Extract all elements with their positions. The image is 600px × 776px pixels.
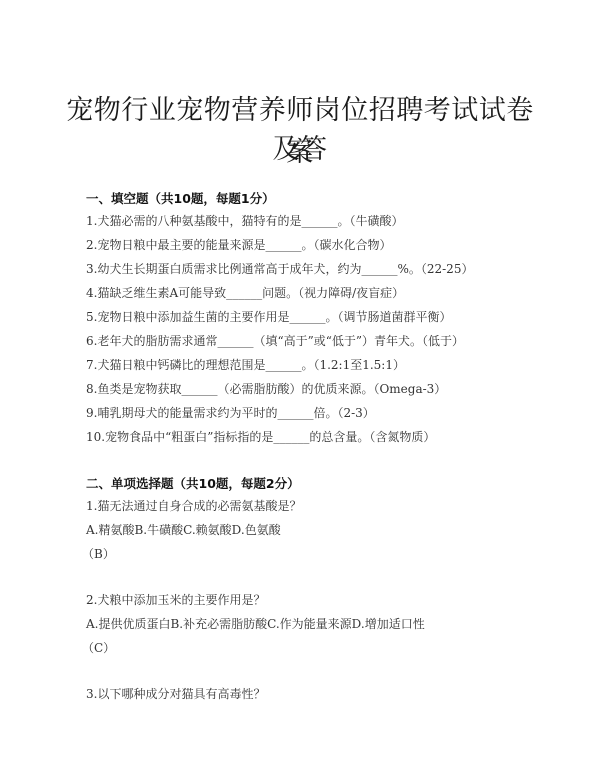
fill-blank-item: 1.犬猫必需的八种氨基酸中，猫特有的是______。（牛磺酸） (86, 212, 403, 229)
fill-blank-item: 10.宠物食品中“粗蛋白”指标指的是______的总含量。（含氮物质） (86, 428, 435, 445)
question-1: 1.猫无法通过自身合成的必需氨基酸是？ (86, 497, 301, 514)
fill-blank-item: 5.宠物日粮中添加益生菌的主要作用是______。（调节肠道菌群平衡） (86, 308, 451, 325)
fill-blank-item: 6.老年犬的脂肪需求通常______（填“高于”或“低于”）青年犬。（低于） (86, 332, 464, 349)
fill-blank-item: 4.猫缺乏维生素A可能导致______问题。（视力障碍/夜盲症） (86, 284, 404, 301)
question-1-answer: （B） (82, 545, 115, 562)
fill-blank-item: 3.幼犬生长期蛋白质需求比例通常高于成年犬，约为______%。（22-25） (86, 260, 473, 277)
fill-blank-item: 9.哺乳期母犬的能量需求约为平时的______倍。（2-3） (86, 404, 375, 421)
fill-blank-item: 2.宠物日粮中最主要的能量来源是______。（碳水化合物） (86, 236, 391, 253)
question-2-answer: （C） (82, 639, 115, 656)
question-2-options: A.提供优质蛋白B.补充必需脂肪酸C.作为能量来源D.增加适口性 (86, 615, 425, 632)
fill-blank-item: 7.犬猫日粮中钙磷比的理想范围是______。（1.2:1至1.5:1） (86, 356, 405, 373)
fill-blank-item: 8.鱼类是宠物获取______（必需脂肪酸）的优质来源。（Omega-3） (86, 380, 446, 397)
question-1-options: A.精氨酸B.牛磺酸C.赖氨酸D.色氨酸 (86, 521, 281, 538)
document-title-line2: 案 (60, 130, 540, 169)
section-heading-single-choice: 二、单项选择题（共10题，每题2分） (86, 474, 300, 492)
question-2: 2.犬粮中添加玉米的主要作用是？ (86, 591, 265, 608)
section-heading-fill-blank: 一、填空题（共10题，每题1分） (86, 189, 275, 207)
question-3: 3.以下哪种成分对猫具有高毒性？ (86, 685, 265, 702)
